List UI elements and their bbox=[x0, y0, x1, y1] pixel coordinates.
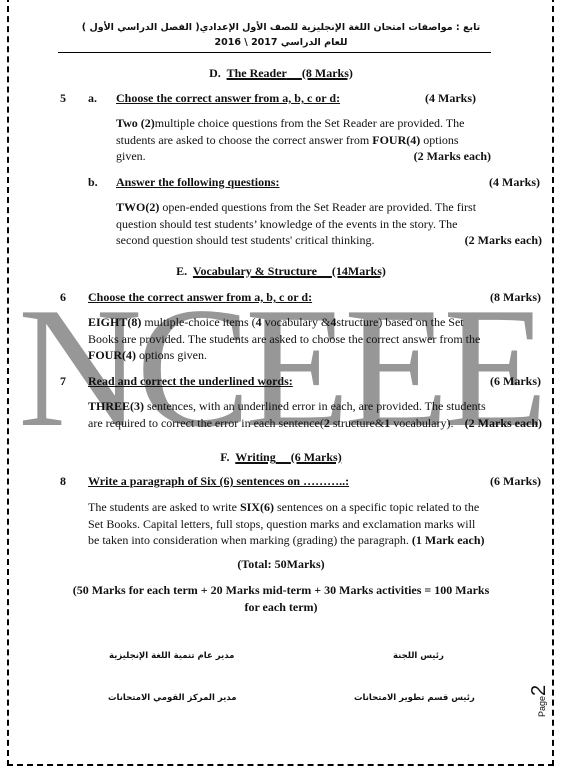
question-5-number: 5 bbox=[60, 91, 66, 106]
page-number: Page2 bbox=[528, 685, 551, 717]
question-8-heading: Write a paragraph of Six (6) sentences o… bbox=[88, 474, 349, 489]
section-f-letter: F. bbox=[220, 450, 229, 464]
question-7-description: THREE(3) sentences, with an underlined e… bbox=[88, 398, 542, 431]
signature-ncee-director: مدير المركز القومي الامتحانات bbox=[108, 693, 236, 703]
section-f-heading: Writing (6 Marks) bbox=[235, 450, 341, 464]
question-6-description: EIGHT(8) multiple-choice items (4 vocabu… bbox=[88, 314, 518, 364]
header-divider bbox=[58, 52, 491, 53]
header-year-arabic: للعام الدراسي 2017 \ 2016 bbox=[0, 37, 562, 48]
question-5b-label: b. bbox=[88, 175, 98, 190]
question-6-number: 6 bbox=[60, 290, 66, 305]
question-8-marks: (6 Marks) bbox=[490, 474, 541, 489]
section-d-heading: The Reader (8 Marks) bbox=[227, 66, 353, 80]
signature-english-director: مدير عام تنمية اللغة الإنجليزية bbox=[109, 651, 234, 661]
question-7-each: (2 Marks each) bbox=[465, 415, 542, 432]
question-6-marks: (8 Marks) bbox=[490, 290, 541, 305]
section-e-heading: Vocabulary & Structure (14Marks) bbox=[193, 264, 386, 278]
question-8-description: The students are asked to write SIX(6) s… bbox=[88, 499, 518, 549]
marks-breakdown-line1: (50 Marks for each term + 20 Marks mid-t… bbox=[0, 583, 562, 598]
question-5a-heading: Choose the correct answer from a, b, c o… bbox=[116, 91, 340, 106]
question-5a-label: a. bbox=[88, 91, 97, 106]
header-title-arabic: تابع : مواصفات امتحان اللغة الإنجليزية ل… bbox=[0, 22, 562, 33]
section-f-title: F. Writing (6 Marks) bbox=[0, 450, 562, 465]
marks-breakdown-line2: for each term) bbox=[0, 600, 562, 615]
question-5a-each: (2 Marks each) bbox=[414, 148, 491, 165]
page-number-value: 2 bbox=[528, 685, 550, 696]
section-e-title: E. Vocabulary & Structure (14Marks) bbox=[0, 264, 562, 279]
section-e-letter: E. bbox=[176, 264, 187, 278]
total-marks: (Total: 50Marks) bbox=[0, 557, 562, 572]
page-word: Page bbox=[537, 696, 547, 717]
signature-committee-head: رئيس اللجنة bbox=[393, 651, 444, 661]
question-5b-each: (2 Marks each) bbox=[465, 232, 542, 249]
question-6-heading: Choose the correct answer from a, b, c o… bbox=[88, 290, 312, 305]
question-5b-description: TWO(2) open-ended questions from the Set… bbox=[116, 199, 542, 249]
section-d-title: D. The Reader (8 Marks) bbox=[0, 66, 562, 81]
question-7-number: 7 bbox=[60, 374, 66, 389]
question-5b-heading: Answer the following questions: bbox=[116, 175, 279, 190]
section-d-letter: D. bbox=[209, 66, 221, 80]
question-8-number: 8 bbox=[60, 474, 66, 489]
question-7-heading: Read and correct the underlined words: bbox=[88, 374, 293, 389]
document-page: تابع : مواصفات امتحان اللغة الإنجليزية ل… bbox=[0, 0, 562, 781]
question-5a-description: Two (2)multiple choice questions from th… bbox=[116, 115, 491, 165]
question-7-marks: (6 Marks) bbox=[490, 374, 541, 389]
signature-exam-dev-head: رئيس قسم تطوير الامتحانات bbox=[354, 693, 475, 703]
question-5b-marks: (4 Marks) bbox=[489, 175, 540, 190]
question-5a-marks: (4 Marks) bbox=[425, 91, 476, 106]
